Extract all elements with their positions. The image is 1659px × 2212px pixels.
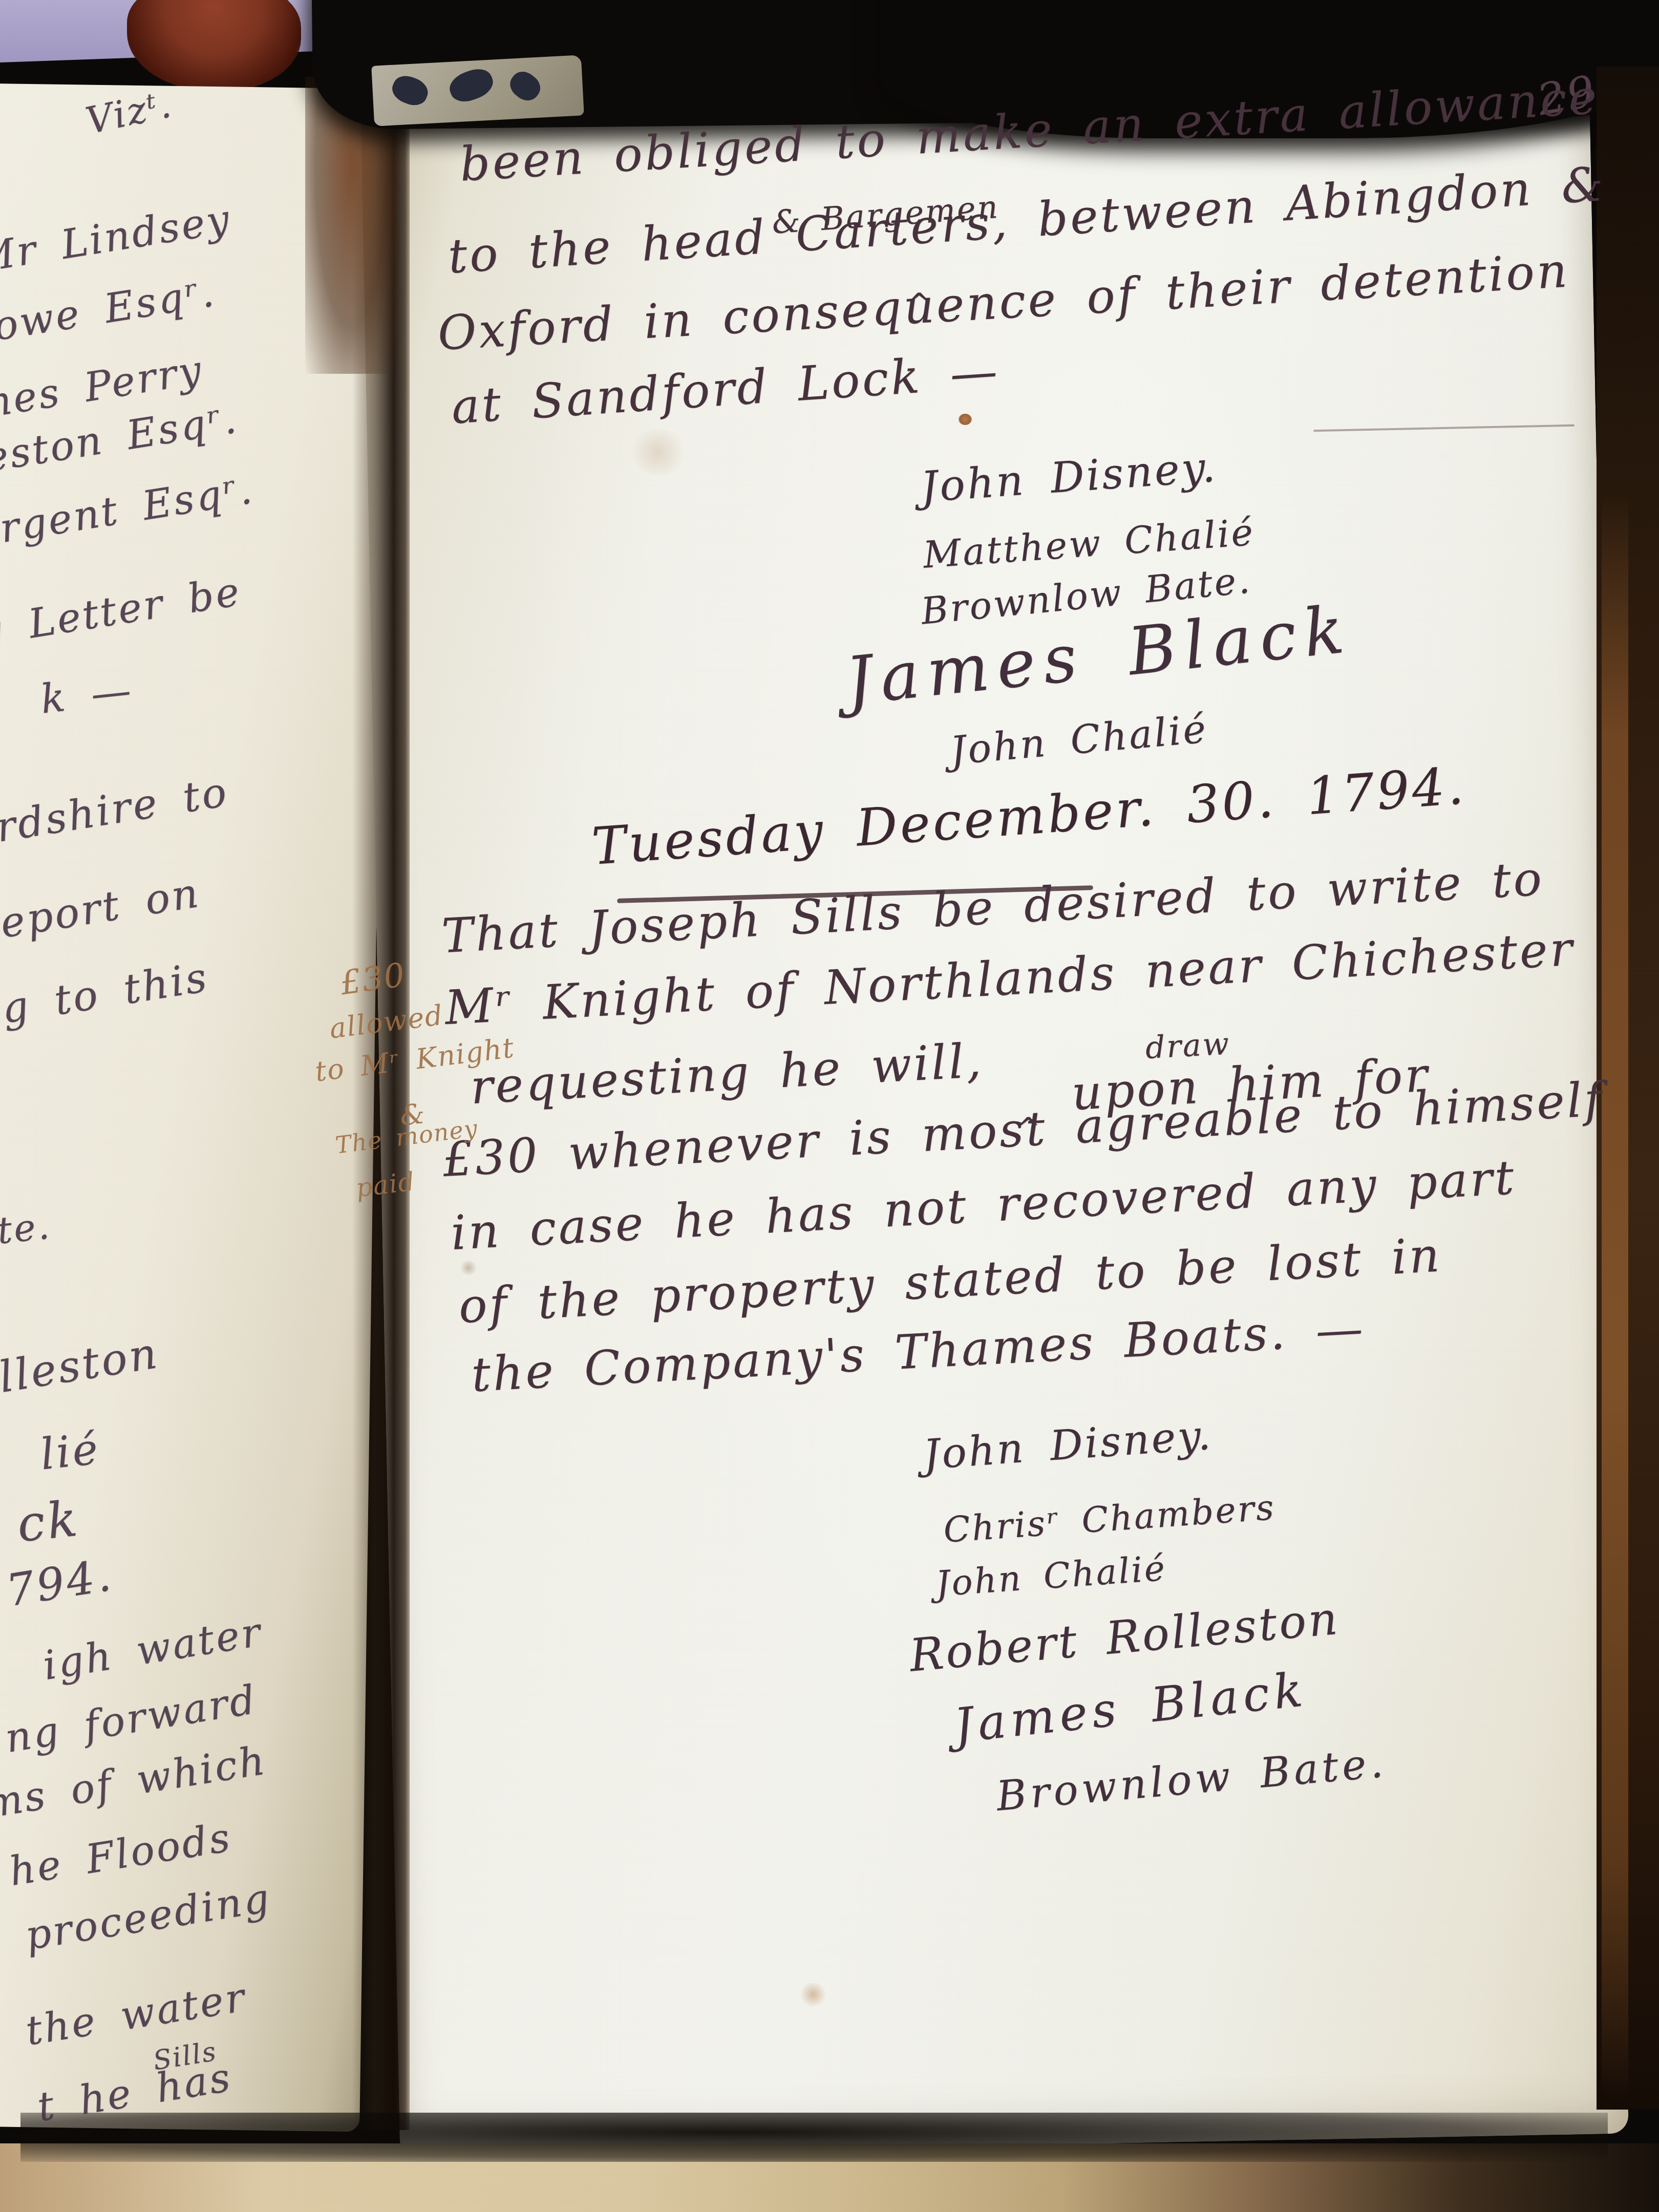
manuscript-fragment: lié [38, 1423, 102, 1480]
leather-edge [1602, 492, 1628, 2099]
manuscript-fragment: ck [14, 1490, 82, 1553]
foxing-spot [460, 1261, 477, 1275]
foxing-spot [799, 1983, 827, 2006]
minute-book-photo: 29 been obliged to make an extra allowan… [0, 0, 1659, 2212]
spine-corner [127, 0, 301, 92]
manuscript-fragment: te. [0, 1204, 53, 1252]
ink-scribble [505, 67, 545, 105]
ink-scribble [445, 64, 497, 107]
tape-remnant [371, 55, 584, 126]
manuscript-fragment: k — [38, 667, 135, 722]
foxing-spot [959, 414, 972, 425]
book-bottom-shadow [20, 2113, 1608, 2162]
foxing-spot [627, 429, 689, 475]
ink-scribble [389, 72, 432, 110]
